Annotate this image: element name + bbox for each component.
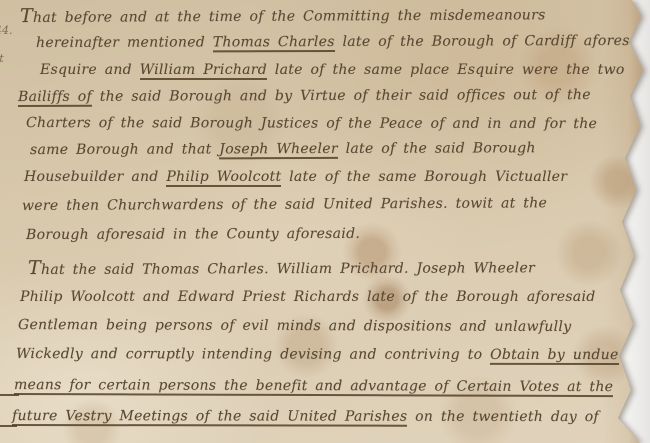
manuscript-line: Esquire and William Prichard late of the… [40,60,625,80]
manuscript-text: hereinafter mentioned [36,34,213,51]
manuscript-line: Bailiffs of the said Borough and by Virt… [18,85,591,107]
manuscript-text: Wickedly and corruptly intending devisin… [16,346,490,363]
underlined-phrase: William Prichard [140,62,267,80]
manuscript-paper: 44. tt That before and at the time of th… [0,0,650,443]
manuscript-text: Philip Woolcott and Edward Priest Richar… [20,289,595,305]
manuscript-text: same Borough and that [30,141,219,158]
manuscript-line: That the said Thomas Charles. William Pr… [28,256,535,280]
underlined-phrase: Thomas Charles [213,34,335,52]
manuscript-text: were then Churchwardens of the said Unit… [22,195,547,214]
photograph-of-manuscript: 44. tt That before and at the time of th… [0,0,650,443]
manuscript-text: Housebuilder and [24,169,166,185]
manuscript-line: Gentleman being persons of evil minds an… [18,315,571,337]
manuscript-text: on the twentieth day of [407,409,599,425]
manuscript-text: That the said Thomas Charles. William Pr… [28,260,535,278]
underlined-phrase: Philip Woolcott [166,169,281,187]
manuscript-line: That before and at the time of the Commi… [20,3,546,28]
manuscript-text: Gentleman being persons of evil minds an… [18,317,571,335]
manuscript-line: Wickedly and corruptly intending devisin… [16,344,619,365]
underlined-phrase: Joseph Wheeler [219,141,338,159]
manuscript-line: same Borough and that Joseph Wheeler lat… [30,138,536,160]
manuscript-line: Philip Woolcott and Edward Priest Richar… [20,287,595,307]
paper-shadow-wrap: 44. tt That before and at the time of th… [0,0,650,443]
manuscript-text: late of the Borough of Cardiff aforesaid [335,33,650,50]
manuscript-line: means for certain persons the benefit an… [14,375,613,397]
manuscript-text: Borough aforesaid in the County aforesai… [26,226,360,243]
manuscript-text: late of the same place Esquire were the … [267,62,625,78]
manuscript-text: Charters of the said Borough Justices of… [26,115,597,132]
underlined-phrase: Obtain by undue [490,347,619,365]
manuscript-text: That before and at the time of the Commi… [20,7,546,26]
manuscript-line: Housebuilder and Philip Woolcott late of… [24,167,567,187]
manuscript-line: hereinafter mentioned Thomas Charles lat… [36,31,650,53]
manuscript-text: late of the same Borough Victualler [281,169,567,185]
manuscript-text: the said Borough and by Virtue of their … [92,87,591,105]
manuscript-line: Borough aforesaid in the County aforesai… [26,224,360,245]
underlined-phrase: means for certain persons the benefit an… [14,377,613,397]
manuscript-text-layer: That before and at the time of the Commi… [0,0,650,443]
manuscript-line: were then Churchwardens of the said Unit… [22,193,547,216]
manuscript-text: Esquire and [40,62,140,78]
underlined-phrase: Bailiffs of [18,89,92,107]
underline-rule-extension [0,394,19,396]
manuscript-line: Charters of the said Borough Justices of… [26,113,597,134]
underlined-phrase: future Vestry Meetings of the said Unite… [12,408,407,427]
manuscript-line: future Vestry Meetings of the said Unite… [12,406,599,427]
manuscript-text: late of the said Borough [338,140,536,157]
underline-rule-extension [0,425,17,427]
